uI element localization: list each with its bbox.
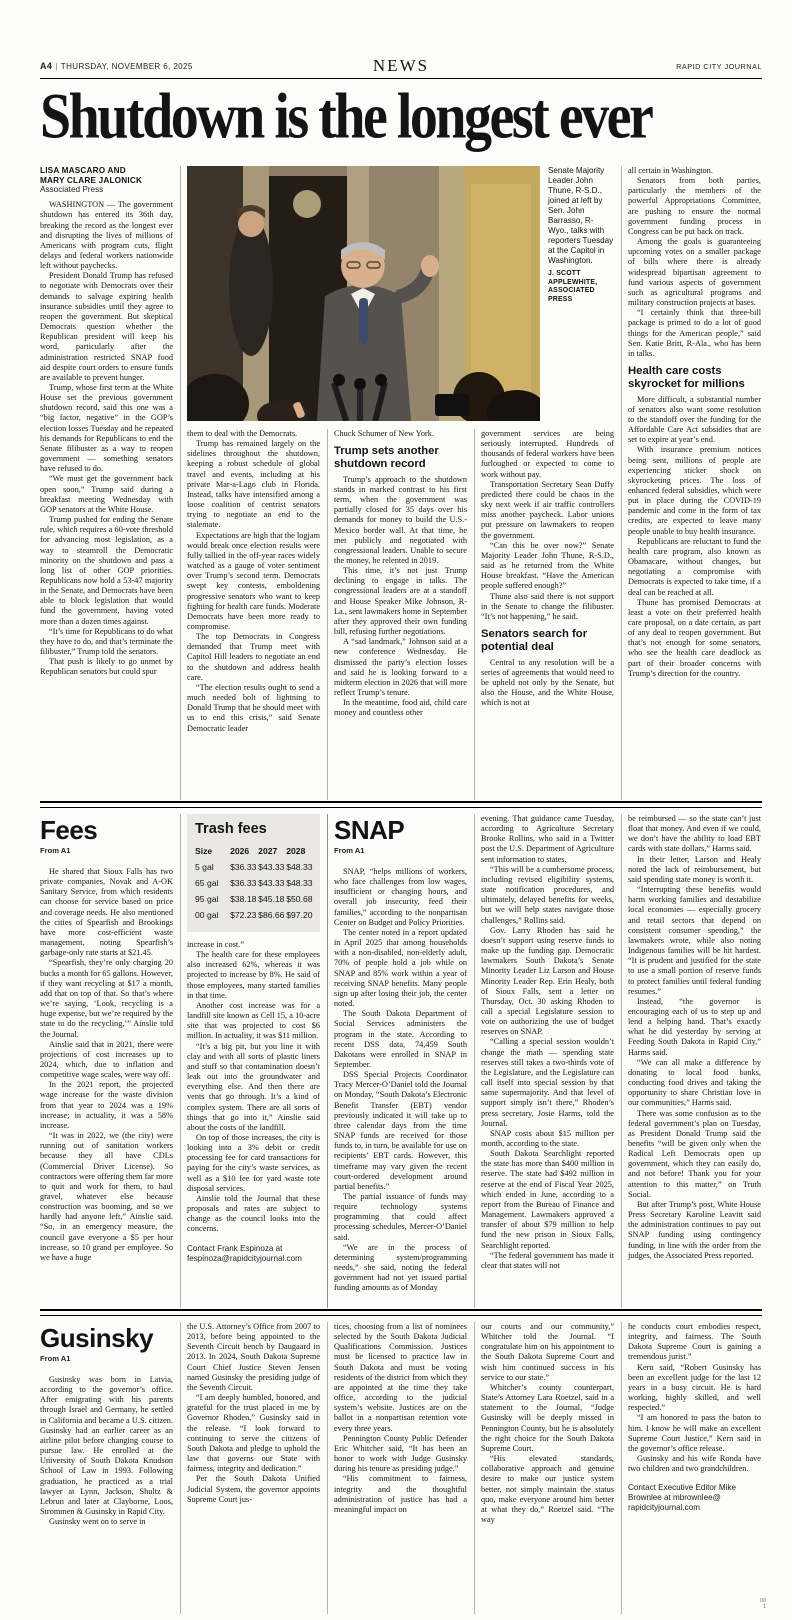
paragraph: Ainslie told the Journal that these prop… — [187, 1194, 320, 1235]
page-marker-line2: 1 — [760, 1604, 766, 1610]
paragraph: the U.S. Attorney’s Office from 2007 to … — [187, 1322, 320, 1393]
paragraph: Contact Frank Espinoza at fespinoza@rapi… — [187, 1244, 320, 1264]
gusinsky-section: Gusinsky From A1 Gusinsky was born in La… — [40, 1322, 762, 1614]
paragraph: WASHINGTON — The government shutdown has… — [40, 200, 173, 271]
paragraph: he conducts court embodies respect, inte… — [628, 1322, 761, 1363]
paragraph: Trump, whose first term at the White Hou… — [40, 383, 173, 474]
table-row: 95 gal $38.18 $45.18 $50.68 — [195, 891, 312, 907]
column-text: He shared that Sioux Falls has two priva… — [40, 867, 173, 1263]
newspaper-page: A4|THURSDAY, NOVEMBER 6, 2025 NEWS RAPID… — [0, 0, 792, 1620]
paragraph: all certain in Washington. — [628, 166, 761, 176]
paragraph: “Can this be over now?” Senate Majority … — [481, 541, 614, 592]
cell: $45.18 — [258, 891, 286, 907]
column-text: increase in cost.”The health care for th… — [187, 940, 320, 1264]
paragraph: In the 2021 report, the projected wage i… — [40, 1080, 173, 1131]
paragraph: “The election results ought to send a mu… — [187, 683, 320, 734]
story-column-5: all certain in Washington.Senators from … — [628, 166, 761, 800]
column-text: WASHINGTON — The government shutdown has… — [40, 200, 173, 677]
paragraph: Gusinsky went on to serve in — [40, 1517, 173, 1527]
cell: $72.23 — [230, 907, 258, 923]
paragraph: President Donald Trump has refused to ne… — [40, 271, 173, 383]
fees-column-2: Trash fees Size 2026 2027 2028 5 gal $36… — [187, 814, 320, 1308]
paragraph: There was some confusion as to the feder… — [628, 1109, 761, 1200]
paragraph: More difficult, a substantial number of … — [628, 395, 761, 446]
snap-column-3: be reimbursed — so the state can’t just … — [628, 814, 761, 1308]
paragraph: Trump’s approach to the shutdown stands … — [334, 475, 467, 566]
paragraph: SNAP costs about $15 million per month, … — [481, 1129, 614, 1149]
paragraph: The center noted in a report updated in … — [334, 928, 467, 1009]
column-rule — [327, 1322, 328, 1614]
paragraph: In the meantime, food aid, child care mo… — [334, 698, 467, 718]
cell: $48.33 — [286, 859, 312, 875]
masthead: A4|THURSDAY, NOVEMBER 6, 2025 NEWS RAPID… — [40, 58, 762, 79]
snap-column-2: evening. That guidance came Tuesday, acc… — [481, 814, 614, 1308]
column-rule — [474, 814, 475, 1308]
byline-organization: Associated Press — [40, 185, 173, 195]
table-row: 5 gal $36.33 $43.33 $48.33 — [195, 859, 312, 875]
paragraph: evening. That guidance came Tuesday, acc… — [481, 814, 614, 865]
paragraph: “This will be a cumbersome process, incl… — [481, 865, 614, 926]
column-rule — [474, 1322, 475, 1614]
paragraph: Senators search for potential deal — [481, 628, 614, 654]
col-header-2027: 2027 — [258, 843, 286, 859]
gusinsky-column-4: our courts and our community,” Whitcher … — [481, 1322, 614, 1614]
paragraph: Gusinsky was born in Latvia, according t… — [40, 1375, 173, 1517]
paragraph: With insurance premium notices being sen… — [628, 445, 761, 536]
table-row: 00 gal $72.23 $86.66 $97.20 — [195, 907, 312, 923]
gusinsky-column-5: he conducts court embodies respect, inte… — [628, 1322, 761, 1614]
table-header-row: Size 2026 2027 2028 — [195, 843, 312, 859]
paragraph: them to deal with the Democrats. — [187, 429, 320, 439]
paragraph: Gov. Larry Rhoden has said he doesn’t su… — [481, 926, 614, 1038]
section-rule — [327, 814, 328, 1308]
cell: $86.66 — [258, 907, 286, 923]
cell: $50.68 — [286, 891, 312, 907]
cell: $43.33 — [258, 875, 286, 891]
paragraph: tices, choosing from a list of nominees … — [334, 1322, 467, 1434]
paragraph: In their letter, Larson and Healy noted … — [628, 855, 761, 885]
section-divider — [40, 801, 762, 808]
cell: 65 gal — [195, 875, 230, 891]
paragraph: Gusinsky and his wife Ronda have two chi… — [628, 1454, 761, 1474]
paragraph: The partial issuance of funds may requir… — [334, 1192, 467, 1243]
paragraph: Thune also said there is not support in … — [481, 592, 614, 622]
paragraph: Trump sets another shutdown record — [334, 445, 467, 471]
gusinsky-title: Gusinsky — [40, 1324, 173, 1352]
cell: 00 gal — [195, 907, 230, 923]
paragraph: He shared that Sioux Falls has two priva… — [40, 867, 173, 958]
paragraph: The health care for these employees also… — [187, 950, 320, 1001]
story-middle-block: Senate Majority Leader John Thune, R-S.D… — [187, 166, 614, 800]
column-text: Gusinsky was born in Latvia, according t… — [40, 1375, 173, 1527]
byline-author-1: LISA MASCARO AND — [40, 166, 173, 176]
middle-columns: them to deal with the Democrats.Trump ha… — [187, 429, 614, 800]
column-rule — [327, 429, 328, 800]
paragraph: Ainslie said that in 2021, there were pr… — [40, 1040, 173, 1081]
table-row: 65 gal $36.33 $43.33 $48.33 — [195, 875, 312, 891]
cell: 95 gal — [195, 891, 230, 907]
cell: $97.20 — [286, 907, 312, 923]
paragraph: “His elevated standards, collaborative a… — [481, 1454, 614, 1525]
cell: $43.33 — [258, 859, 286, 875]
paragraph: Per the South Dakota Unified Judicial Sy… — [187, 1474, 320, 1504]
gusinsky-column-3: tices, choosing from a list of nominees … — [334, 1322, 467, 1614]
paragraph: Expectations are high that the logjam wo… — [187, 531, 320, 633]
paragraph: SNAP, “helps millions of workers, who fa… — [334, 867, 467, 928]
photo-caption: Senate Majority Leader John Thune, R-S.D… — [548, 166, 614, 266]
paragraph: Thune has promised Democrats at least a … — [628, 598, 761, 679]
paragraph: Contact Executive Editor Mike Brownlee a… — [628, 1483, 761, 1513]
paragraph: That push is likely to go unmet by Repub… — [40, 657, 173, 677]
paragraph: government services are being seriously … — [481, 429, 614, 480]
paragraph: “I certainly think that three-bill packa… — [628, 308, 761, 359]
fees-snap-section: Fees From A1 He shared that Sioux Falls … — [40, 814, 762, 1308]
capitol-press-photo-illustration — [187, 166, 540, 421]
paragraph: Central to any resolution will be a seri… — [481, 658, 614, 709]
news-photo — [187, 166, 540, 421]
column-text: SNAP, “helps millions of workers, who fa… — [334, 867, 467, 1294]
paragraph: Instead, “the governor is encouraging ea… — [628, 997, 761, 1058]
photo-credit: J. SCOTT APPLEWHITE, ASSOCIATED PRESS — [548, 270, 614, 304]
column-rule — [621, 814, 622, 1308]
paragraph: Kern said, “Robert Gusinsky has been an … — [628, 1363, 761, 1414]
column-rule — [180, 166, 181, 800]
publication-name: RAPID CITY JOURNAL — [676, 62, 762, 71]
paragraph: “I am deeply humbled, honored, and grate… — [187, 1393, 320, 1474]
table-title: Trash fees — [195, 821, 312, 837]
col-header-size: Size — [195, 843, 230, 859]
paragraph: A “sad landmark,” Johnson said at a new … — [334, 637, 467, 698]
paragraph: “It was in 2022, we (the city) were runn… — [40, 1131, 173, 1263]
paragraph: Pennington County Public Defender Eric W… — [334, 1434, 467, 1475]
paragraph: “Spearfish, they’re only charging 20 buc… — [40, 958, 173, 1039]
col-header-2028: 2028 — [286, 843, 312, 859]
cell: 5 gal — [195, 859, 230, 875]
paragraph: South Dakota Searchlight reported the st… — [481, 1149, 614, 1251]
photo-caption-block: Senate Majority Leader John Thune, R-S.D… — [548, 166, 614, 429]
paragraph: “Interrupting these benefits would harm … — [628, 885, 761, 997]
paragraph: “His commitment to fairness, integrity a… — [334, 1474, 467, 1515]
paragraph: Another cost increase was for a landfill… — [187, 1001, 320, 1042]
fees-column-1: Fees From A1 He shared that Sioux Falls … — [40, 814, 173, 1308]
cell: $48.33 — [286, 875, 312, 891]
paragraph: The South Dakota Department of Social Se… — [334, 1009, 467, 1070]
paragraph: Trump has remained largely on the sideli… — [187, 439, 320, 530]
paragraph: The top Democrats in Congress demanded t… — [187, 632, 320, 683]
section-divider — [40, 1309, 762, 1316]
story-column-4: government services are being seriously … — [481, 429, 614, 800]
paragraph: “I am honored to pass the baton to him. … — [628, 1413, 761, 1454]
fees-from-tag: From A1 — [40, 846, 173, 855]
page-marker: 00 1 — [760, 1598, 766, 1610]
column-rule — [621, 1322, 622, 1614]
story-column-2: them to deal with the Democrats.Trump ha… — [187, 429, 320, 800]
paragraph: our courts and our community,” Whitcher … — [481, 1322, 614, 1383]
cell: $36.33 — [230, 859, 258, 875]
snap-column-1: SNAP From A1 SNAP, “helps millions of wo… — [334, 814, 467, 1308]
paragraph: increase in cost.” — [187, 940, 320, 950]
paragraph: Among the goals is guaranteeing upcoming… — [628, 237, 761, 308]
paragraph: Whitcher’s county counterpart, State’s A… — [481, 1383, 614, 1454]
paragraph: “We can all make a difference by donatin… — [628, 1058, 761, 1109]
paragraph: be reimbursed — so the state can’t just … — [628, 814, 761, 855]
photo-block: Senate Majority Leader John Thune, R-S.D… — [187, 166, 614, 429]
cell: $38.18 — [230, 891, 258, 907]
paragraph: But after Trump’s post, White House Pres… — [628, 1200, 761, 1261]
paragraph: Senators from both parties, particularly… — [628, 176, 761, 237]
snap-title: SNAP — [334, 816, 467, 844]
paragraph: This time, it’s not just Trump declining… — [334, 566, 467, 637]
byline-author-2: MARY CLARE JALONICK — [40, 176, 173, 186]
column-rule — [621, 166, 622, 800]
paragraph: Health care costs skyrocket for millions — [628, 365, 761, 391]
column-rule — [180, 814, 181, 1308]
paragraph: “It’s a big pit, but you line it with cl… — [187, 1042, 320, 1133]
trash-fees-table: Trash fees Size 2026 2027 2028 5 gal $36… — [187, 814, 320, 932]
story-column-1: LISA MASCARO AND MARY CLARE JALONICK Ass… — [40, 166, 173, 800]
story-column-3: Chuck Schumer of New York.Trump sets ano… — [334, 429, 467, 800]
paragraph: DSS Special Projects Coordinator Tracy M… — [334, 1070, 467, 1192]
snap-from-tag: From A1 — [334, 846, 467, 855]
paragraph: Transportation Secretary Sean Duffy pred… — [481, 480, 614, 541]
paragraph: Republicans are reluctant to fund the he… — [628, 537, 761, 598]
paragraph: “We are in the process of determining sy… — [334, 1243, 467, 1294]
column-rule — [180, 1322, 181, 1614]
paragraph: “The federal government has made it clea… — [481, 1251, 614, 1271]
cell: $36.33 — [230, 875, 258, 891]
fees-title: Fees — [40, 816, 173, 844]
paragraph: “We must get the government back open so… — [40, 474, 173, 515]
gusinsky-from-tag: From A1 — [40, 1354, 173, 1363]
paragraph: On top of those increases, the city is l… — [187, 1133, 320, 1194]
gusinsky-column-2: the U.S. Attorney’s Office from 2007 to … — [187, 1322, 320, 1614]
gusinsky-column-1: Gusinsky From A1 Gusinsky was born in La… — [40, 1322, 173, 1614]
paragraph: Trump pushed for ending the Senate rule,… — [40, 515, 173, 627]
column-rule — [474, 429, 475, 800]
paragraph: “It’s time for Republicans to do what th… — [40, 627, 173, 657]
paragraph: “Calling a special session wouldn’t chan… — [481, 1037, 614, 1128]
paragraph: Chuck Schumer of New York. — [334, 429, 467, 439]
main-headline: Shutdown is the longest ever — [40, 84, 762, 149]
main-story: LISA MASCARO AND MARY CLARE JALONICK Ass… — [40, 166, 762, 800]
section-name: NEWS — [40, 56, 762, 76]
col-header-2026: 2026 — [230, 843, 258, 859]
